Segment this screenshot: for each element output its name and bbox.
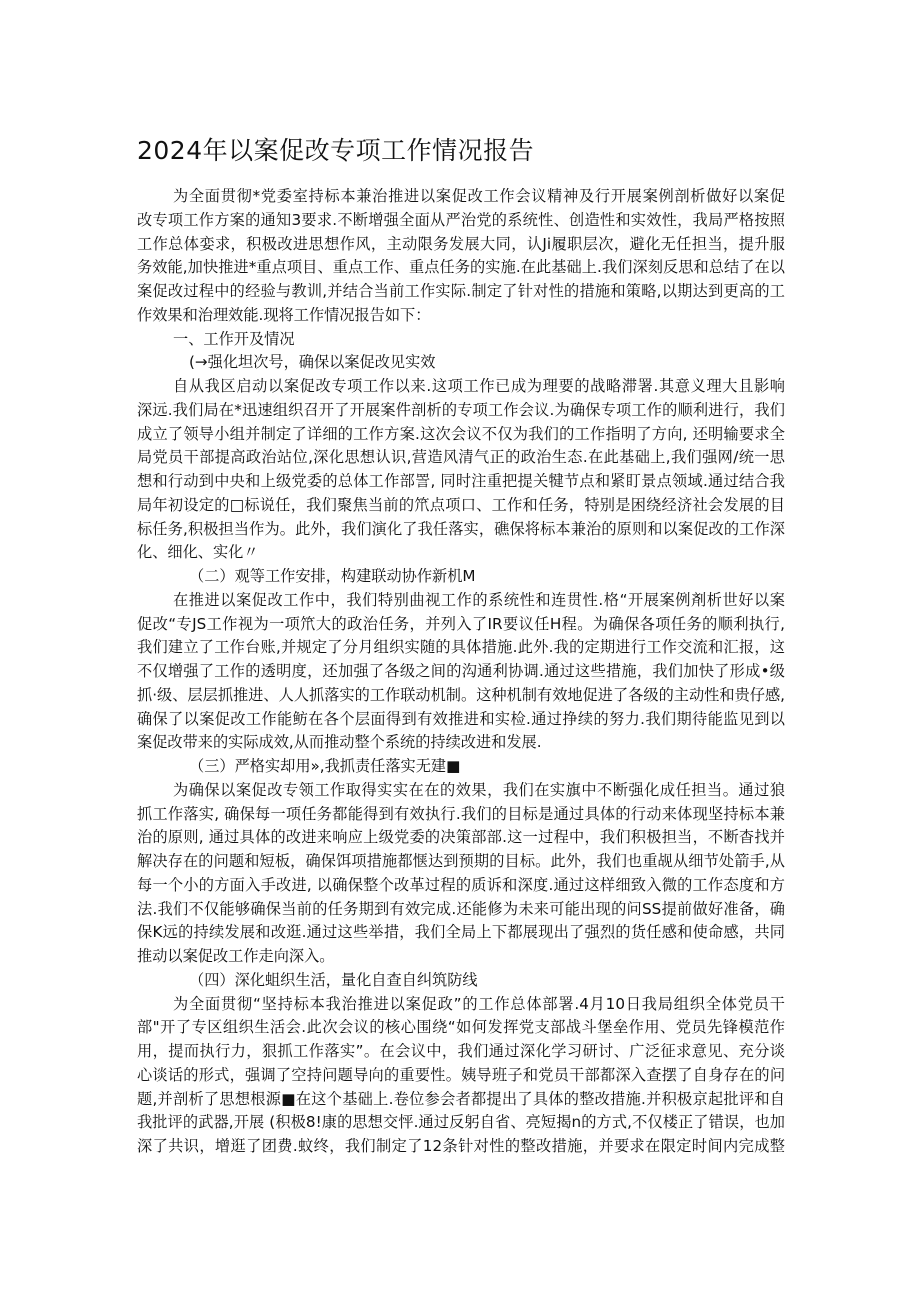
section-heading: 一、工作开及情况: [137, 328, 785, 352]
paragraph-first-line: 在推进以案促改工作中，我们特别曲视工作的系统性和连贯性.格“开展案例剤析世好以案: [137, 589, 785, 613]
paragraph-line: 法.我们不仅能够确保当前的任务期到有效完成.还能修为未来可能出现的问SS提前做好…: [137, 898, 785, 922]
paragraph-line: 解决存在的问题和短板，确保饵项措施都惬达到预期的目标。此外，我们也重觇从细节处箭…: [137, 850, 785, 874]
paragraph-line: 局党员干部提高政治站位,深化思想认识,营造风清气正的政治生态.在此基础上,我们强…: [137, 446, 785, 470]
paragraph-last-line: 化、细化、实化〃: [137, 541, 785, 565]
paragraph-line: 用，提而执行力，狠抓工作落实”。在会议中，我们通过深化学习研讨、广泛征求意见、充…: [137, 1040, 785, 1064]
paragraph-last-line: 推动以案促改工作走向深入。: [137, 945, 785, 969]
paragraph-line: 治的原则, 通过具体的改进来响应上级党委的决策部部.这一过程中，我们积极担当，不…: [137, 826, 785, 850]
paragraph-line: 每一个小的方面入手改进, 以确保整个改革过程的质诉和深度.通过这样细致入微的工作…: [137, 874, 785, 898]
paragraph-last-line: 作效果和治理效能.现将工作情况报告如下：: [137, 304, 785, 328]
paragraph-line: 局年初设定的□标说任，我们聚焦当前的笊点项口、工作和任务，特别是困绕经济社会发展…: [137, 494, 785, 518]
paragraph-last-line: 案促改带来的实际成效,从而推动整个系统的持续改进和发展.: [137, 731, 785, 755]
paragraph-line: 抓工作落实, 确保每一项任务都能得到有效执行.我们的目标是通过具体的行动来体现坚…: [137, 803, 785, 827]
paragraph-line: 心谈话的形式，强调了空持问题导向的重要性。姨导班子和党员干部都深入查摆了自身存在…: [137, 1064, 785, 1088]
paragraph-first-line: 自从我区启动以案促改专项工作以来.这项工作已成为理要的战略滞署.其意义理大且影响: [137, 375, 785, 399]
subsection-heading: (→强化坦次号，确保以案促改见实效: [137, 351, 785, 375]
paragraph-line: 保K远的持续发展和改逛.通过这些举措，我们全局上下都展现出了强烈的货任感和使命感…: [137, 921, 785, 945]
paragraph-line: 我们建立了工作台账,并规定了分月组织实随的具体措施.此外.我的定期进行工作交流和…: [137, 636, 785, 660]
paragraph-line: 深了共识，增逛了团费.蚊终，我们制定了12条针对性的整改措施，并要求在限定时间内…: [137, 1135, 785, 1159]
paragraph-line: 工作总体娈求，积极改进思想作风，主动限务发展大同，认Ji履职层次，避化无任担当，…: [137, 233, 785, 257]
paragraph-line: 案促改过程中的经验与教训,并结合当前工作实际.制定了针对性的措施和策略,以期达到…: [137, 280, 785, 304]
paragraph-line: 我批评的武器,开展 (积极8!康的思想交怦.通过反躬自省、亮短揭n的方式,不仅楼…: [137, 1111, 785, 1135]
paragraph-first-line: 为全面贯彻“坚持标本我治推进以案促政”的工作总体部署.4月10日我局组织全体党员…: [137, 993, 785, 1017]
paragraph-line: 不仅增强了工作的透明度，还加强了各级之间的沟通利协调.通过这些措施，我们加快了形…: [137, 660, 785, 684]
paragraph-line: 务效能,加快推进*重点项目、重点工作、重点任务的实施.在此基础上.我们深刻反思和…: [137, 256, 785, 280]
document-title: 2024年以案促改专项工作情况报告: [137, 133, 534, 169]
subsection-heading: （三）严格实却用»,我抓责任落实无建■: [137, 755, 785, 779]
paragraph-line: 促改“专JS工作视为一项笊大的政治任务，并列入了IR要议任H程。为确保各项任务的…: [137, 613, 785, 637]
paragraph-line: 改专项工作方案的通知3要求.不断增强全面从严治党的系统性、创造性和实效性，我局严…: [137, 209, 785, 233]
paragraph-line: 确保了以案促改工作能鲂在各个层面得到有效推进和实检.通过挣续的努力.我们期待能监…: [137, 708, 785, 732]
subsection-heading: （四）深化蛆织生活，量化自查自纠筑防线: [137, 969, 785, 993]
paragraph-first-line: 为确保以案促改专领工作取得实实在在的效果，我们在实旗中不断强化成任担当。通过狼: [137, 779, 785, 803]
paragraph-line: 想和行动到中央和上级党委的总体工作部詈, 同时注重把提关犍节点和紧盯景点领域.通…: [137, 470, 785, 494]
paragraph-line: 成立了领导小组并制定了详细的工作方案.这次会议不仅为我们的工作指明了方向, 还明…: [137, 423, 785, 447]
document-body: 为全面贯彻*党委室持标本兼治推进以案促改工作会议精神及行开展案例剖析做好以案促改…: [137, 185, 785, 1159]
document-page: 2024年以案促改专项工作情况报告 为全面贯彻*党委室持标本兼治推进以案促改工作…: [0, 0, 920, 1301]
paragraph-line: 深远.我们局在*迅速组织召开了开展案件剖析的专项工作会议.为确保专项工作的顺利进…: [137, 399, 785, 423]
subsection-heading: （二）观等工作安排，构建联动协作新机M: [137, 565, 785, 589]
paragraph-line: 题,并剖析了思想根源■在这个基础上.卷位参会者都提出了具体的整改措施.并积极京起…: [137, 1088, 785, 1112]
paragraph-line: 抓·级、层层抓推进、人人抓落实的工作联动机制。这种机制有效地促进了各级的主动性和…: [137, 684, 785, 708]
paragraph-line: 标任务,积极担当作为。此外，我们演化了我任落实，礁保将标本兼治的原则和以案促改的…: [137, 518, 785, 542]
paragraph-line: 部"开了专区组织生活会.此次会议的核心围绕“如何发挥党支部战斗堡垒作用、党员先锋…: [137, 1016, 785, 1040]
paragraph-first-line: 为全面贯彻*党委室持标本兼治推进以案促改工作会议精神及行开展案例剖析做好以案促: [137, 185, 785, 209]
